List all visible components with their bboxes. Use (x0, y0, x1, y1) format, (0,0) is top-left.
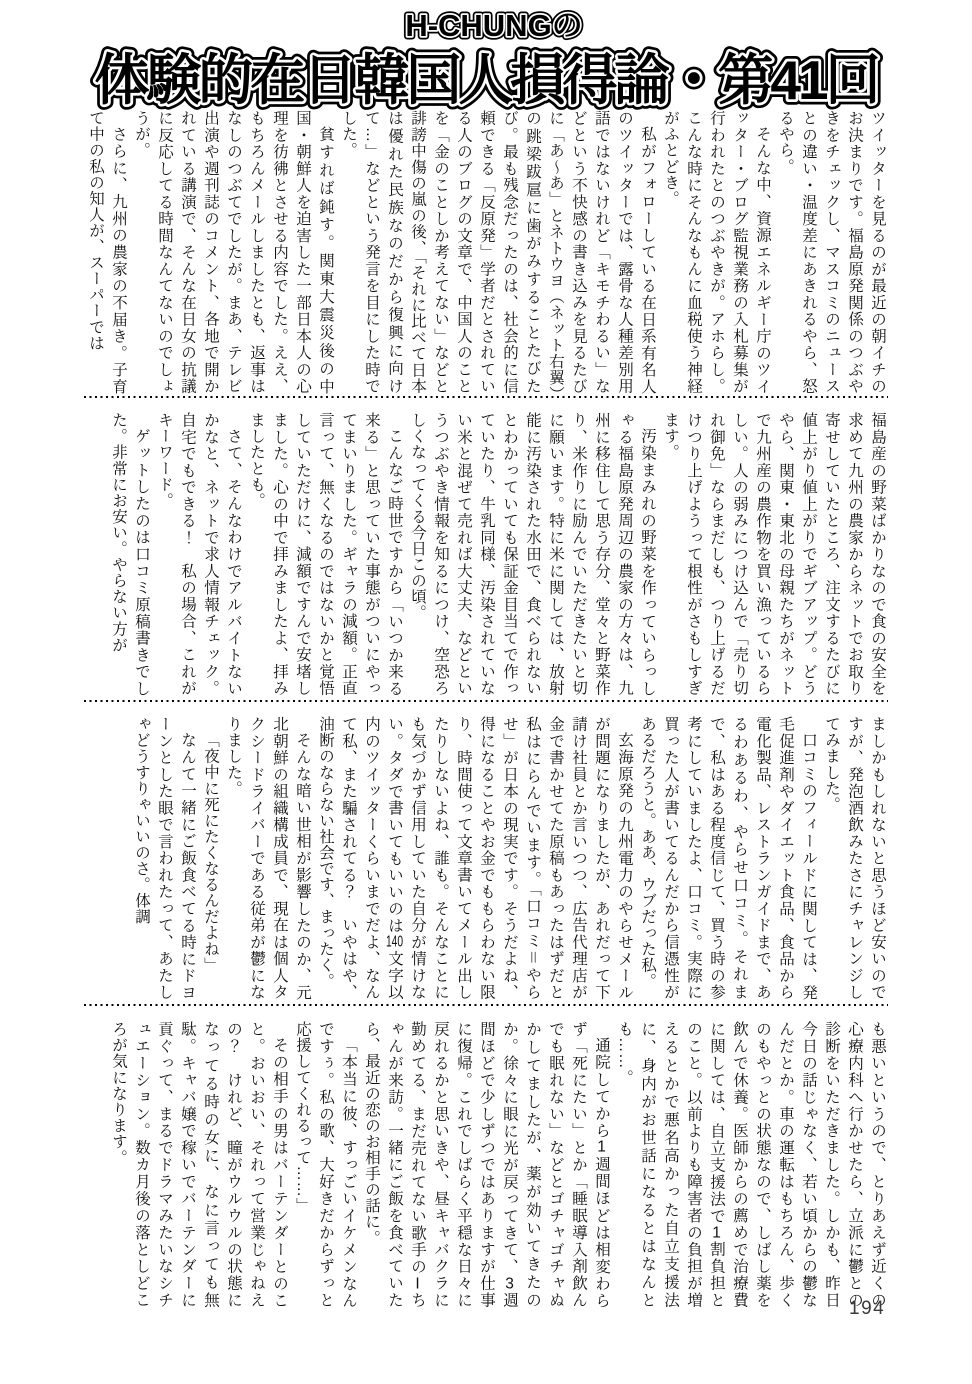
magazine-page: H-CHUNGの H-CHUNGの H-CHUNGの 体験的在日韓国人損得論・第… (0, 0, 972, 1384)
page-number: 194 (849, 1298, 885, 1320)
paragraph: 「本当に彼、すっごいイケメンなんですぅ。私の歌、大好きだからずっと応援してくれる… (291, 1021, 360, 1308)
paragraph: そんな暗い世相が影響したのか、元北朝鮮の組織構成員で、現在は個人タクシードライバ… (222, 716, 314, 1000)
paragraph: その相手の男はバーテンダーとのこと。おいおい、それって営業じゃねえの？ けれど、… (107, 1021, 291, 1308)
dotted-divider-1 (84, 396, 888, 398)
article-band-2: 福島産の野菜ばかりなので食の安全を求めて九州の農家からネットでお取り寄せしていた… (83, 412, 889, 696)
paragraph: そんな中、資源エネルギー庁のツイッター・ブログ監視業務の入札募集が行われたとのつ… (659, 110, 774, 394)
tatechuyoko-text: 1 (593, 1139, 610, 1156)
tatechuyoko-text: 1 (708, 1225, 725, 1241)
article-band-4: も悪いというので、とりあえず近くの心療内科へ行かせたら、立派に鬱との診断をいただ… (83, 1021, 889, 1308)
dotted-divider-2 (84, 700, 888, 702)
paragraph: 通院してから1週間ほどは相変わらず「死にたい」とか「睡眠導入剤飲んでも眠れない」… (360, 1021, 613, 1308)
paragraph: さて、そんなわけでアルバイトないかなと、ネットで求人情報チェック。自宅でもできる… (153, 412, 245, 696)
series-title: H-CHUNGの (405, 8, 582, 43)
article-band-3: ましかもしれないと思うほど安いのですが、発泡酒飲みたさにチャレンジしてみました。… (83, 716, 889, 1000)
paragraph: 汚染まみれの野菜を作っていらっしゃる福島原発周辺の農家の方々は、九州に移住して思… (406, 412, 659, 696)
paragraph: も悪いというので、とりあえず近くの心療内科へ行かせたら、立派に鬱との診断をいただ… (613, 1021, 889, 1308)
title-banner: H-CHUNGの H-CHUNGの H-CHUNGの 体験的在日韓国人損得論・第… (0, 0, 972, 118)
main-title: 体験的在日韓国人損得論・第41回 (94, 49, 878, 111)
paragraph: ましかもしれないと思うほど安いのですが、発泡酒飲みたさにチャレンジしてみました。 (820, 716, 889, 1000)
paragraph: 「夜中に死にたくなるんだよね」 (199, 716, 222, 1000)
paragraph: なんて一緒にご飯食べてる時にドヨーンとした眼で言われたって、あたしゃどうすりゃい… (130, 716, 199, 1000)
paragraph: ゲットしたのは口コミ原稿書きでした。非常にお安い。やらない方が (107, 412, 153, 696)
paragraph: ツイッターを見るのが最近の朝イチのお決まりです。福島原発関係のつぶやきをチェック… (774, 110, 889, 394)
tatechuyoko-text: 140 (386, 934, 403, 950)
article-band-1: ツイッターを見るのが最近の朝イチのお決まりです。福島原発関係のつぶやきをチェック… (83, 110, 889, 394)
dotted-divider-3 (84, 1004, 888, 1006)
tatechuyoko-text: 3 (501, 1276, 518, 1292)
paragraph: 口コミのフィールドに関しては、発毛促進剤やダイエット食品、食品から電化製品、レス… (636, 716, 820, 1000)
paragraph: こんなご時世ですから「いつか来る来る」と思っていた事態がついにやってまいりました… (245, 412, 406, 696)
tatechuyoko-text: I (409, 1276, 426, 1292)
paragraph: 貧すれば鈍す。関東大震災後の中国・朝鮮人を迫害した一部日本人の心理を彷彿とさせる… (130, 110, 337, 394)
paragraph: 玄海原発の九州電力のやらせメールが問題になりましたが、あれだって下請け社員とか言… (314, 716, 636, 1000)
paragraph: 福島産の野菜ばかりなので食の安全を求めて九州の農家からネットでお取り寄せしていた… (659, 412, 889, 696)
paragraph: 私がフォローしている在日系有名人のツイッターでは、露骨な人種差別用語ではないけれ… (337, 110, 659, 394)
paragraph: さらに、九州の農家の不届き。子育て中の私の知人が、スーパーでは (84, 110, 130, 394)
